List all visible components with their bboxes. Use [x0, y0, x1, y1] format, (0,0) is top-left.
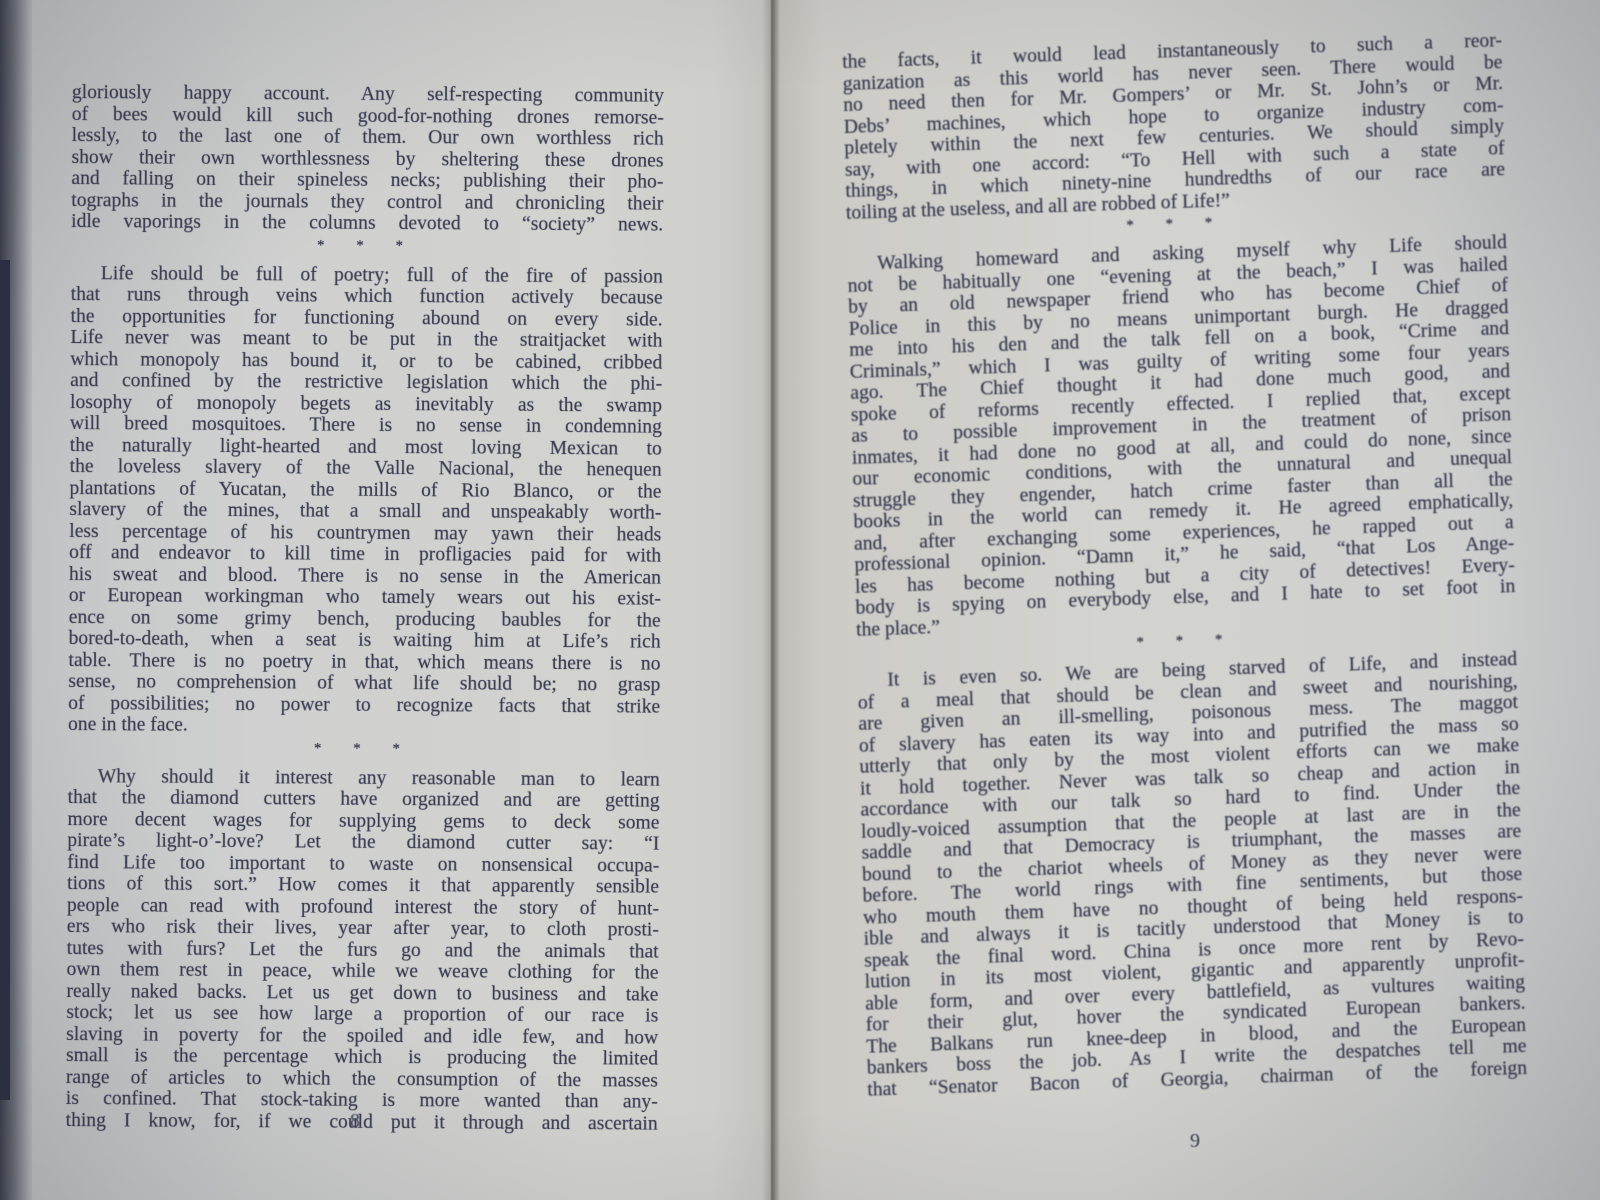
paragraph: the facts, it would lead instantaneously… [842, 30, 1506, 224]
paragraph: Life should be full of poetry; full of t… [68, 262, 663, 739]
page-number-right: 9 [1190, 1130, 1200, 1153]
text-line: that runs through veins which function a… [71, 284, 663, 309]
text-line: own them rest in peace, while we weave c… [67, 959, 659, 984]
paragraph: Why should it interest any reasonable ma… [66, 765, 660, 1134]
paragraph: Walking homeward and asking myself why L… [847, 232, 1516, 641]
text-line: one in the face. [68, 714, 660, 739]
text-line: small is the percentage which is produci… [66, 1045, 658, 1070]
section-separator: * * * [71, 232, 663, 266]
right-page-text: the facts, it would lead instantaneously… [842, 30, 1527, 1101]
text-line: Life never was meant to be put in the st… [70, 327, 662, 352]
text-line: that the diamond cutters have organized … [68, 787, 660, 812]
text-line: thing I know, for, if we could put it th… [66, 1109, 658, 1134]
text-line: and falling on their spineless necks; pu… [71, 168, 663, 193]
section-separator: * * * [68, 735, 660, 769]
text-line: idle vaporings in the columns devoted to… [71, 211, 663, 236]
text-line: is confined. That stock-taking is more w… [66, 1088, 658, 1113]
text-line: ers who risk their lives, year after yea… [67, 916, 659, 941]
page-number-left: 8 [350, 1110, 360, 1133]
text-line: pirate’s light-o’-love? Let the diamond … [67, 830, 659, 855]
text-line: slavery of the mines, that a small and u… [69, 499, 661, 524]
left-page-text: gloriously happy account. Any self-respe… [66, 82, 664, 1135]
book-gutter [762, 0, 780, 1200]
text-line: bored-to-death, when a seat is waiting h… [69, 628, 661, 653]
paragraph: gloriously happy account. Any self-respe… [71, 82, 664, 236]
book-cover-edge [0, 260, 10, 1100]
paragraph: It is even so. We are being starved of L… [857, 649, 1527, 1101]
text-line: will breed mosquitoes. There is no sense… [70, 413, 662, 438]
text-line: gloriously happy account. Any self-respe… [72, 82, 664, 107]
right-page: the facts, it would lead instantaneously… [772, 0, 1600, 1200]
text-line: lessly, to the last one of them. Our own… [72, 125, 664, 150]
text-line: and confined by the restrictive legislat… [70, 370, 662, 395]
text-line: tions of this sort.” How comes it that a… [67, 873, 659, 898]
open-book-photo: gloriously happy account. Any self-respe… [0, 0, 1600, 1200]
text-line: stock; let us see how large a proportion… [66, 1002, 658, 1027]
text-line: sense, no comprehension of what life sho… [68, 671, 660, 696]
text-line: or European workingman who tamely wears … [69, 585, 661, 610]
left-page: gloriously happy account. Any self-respe… [32, 0, 772, 1200]
text-line: the loveless slavery of the Valle Nacion… [70, 456, 662, 481]
text-line: off and endeavor to kill time in proflig… [69, 542, 661, 567]
